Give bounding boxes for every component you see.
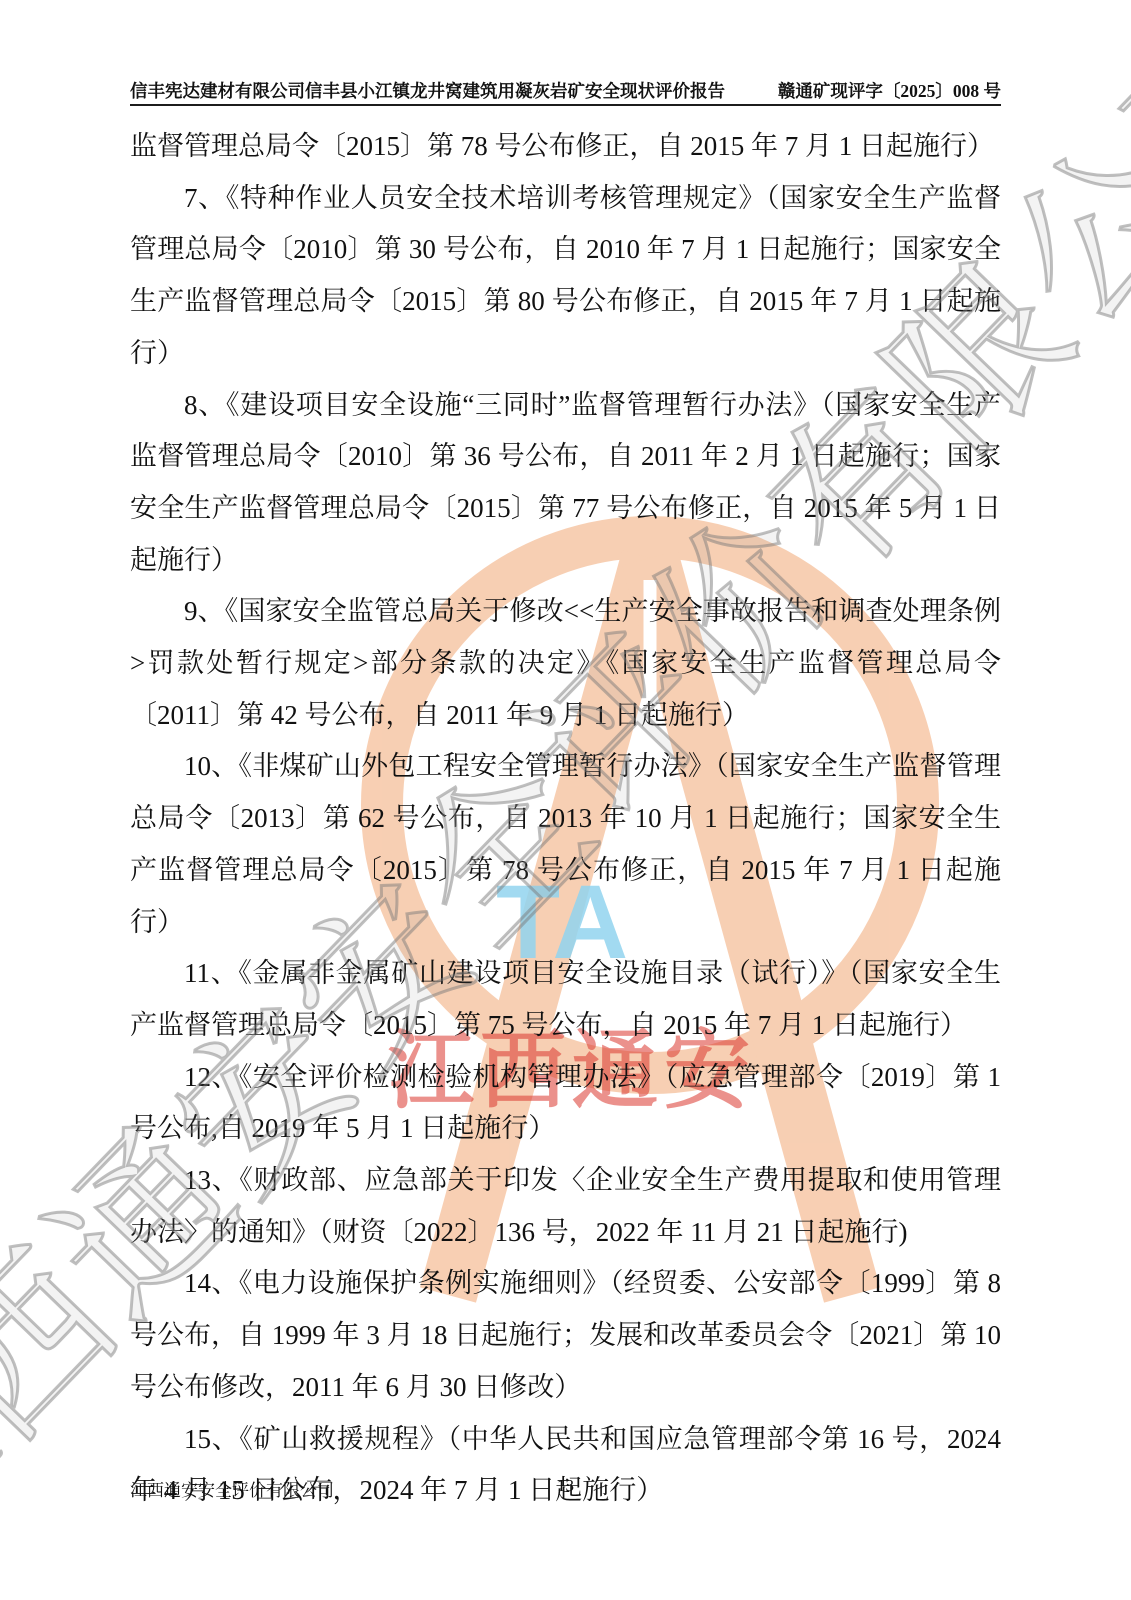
header-rule (130, 104, 1001, 106)
paragraph-continuation: 监督管理总局令〔2015〕第 78 号公布修正，自 2015 年 7 月 1 日… (130, 121, 1001, 173)
document-page: TA 江西通安 信丰宪达建材有限公司信丰县小江镇龙井窝建筑用凝灰岩矿安全现状评价… (0, 0, 1131, 1600)
header-doc-number: 赣通矿现评字〔2025〕008 号 (778, 78, 1001, 103)
paragraph-item-9: 9、《国家安全监管总局关于修改<<生产安全事故报告和调查处理条例>罚款处暂行规定… (130, 586, 1001, 741)
paragraph-item-12: 12、《安全评价检测检验机构管理办法》（应急管理部令〔2019〕第 1 号公布,… (130, 1052, 1001, 1155)
paragraph-item-13: 13、《财政部、应急部关于印发〈企业安全生产费用提取和使用管理办法〉的通知》（财… (130, 1155, 1001, 1258)
paragraph-item-7: 7、《特种作业人员安全技术培训考核管理规定》（国家安全生产监督管理总局令〔201… (130, 173, 1001, 380)
paragraph-item-14: 14、《电力设施保护条例实施细则》（经贸委、公安部令〔1999〕第 8 号公布，… (130, 1258, 1001, 1413)
paragraph-item-8: 8、《建设项目安全设施“三同时”监督管理暂行办法》（国家安全生产监督管理总局令〔… (130, 380, 1001, 587)
header-doc-title: 信丰宪达建材有限公司信丰县小江镇龙井窝建筑用凝灰岩矿安全现状评价报告 (130, 78, 725, 103)
paragraph-item-10: 10、《非煤矿山外包工程安全管理暂行办法》（国家安全生产监督管理总局令〔2013… (130, 741, 1001, 948)
page-header: 信丰宪达建材有限公司信丰县小江镇龙井窝建筑用凝灰岩矿安全现状评价报告 赣通矿现评… (130, 78, 1001, 103)
body-text: 监督管理总局令〔2015〕第 78 号公布修正，自 2015 年 7 月 1 日… (130, 121, 1001, 1517)
footer-page-number: 13 (130, 1476, 1001, 1496)
paragraph-item-11: 11、《金属非金属矿山建设项目安全设施目录（试行）》（国家安全生产监督管理总局令… (130, 948, 1001, 1051)
paragraph-item-15: 15、《矿山救援规程》（中华人民共和国应急管理部令第 16 号，2024 年 4… (130, 1414, 1001, 1517)
